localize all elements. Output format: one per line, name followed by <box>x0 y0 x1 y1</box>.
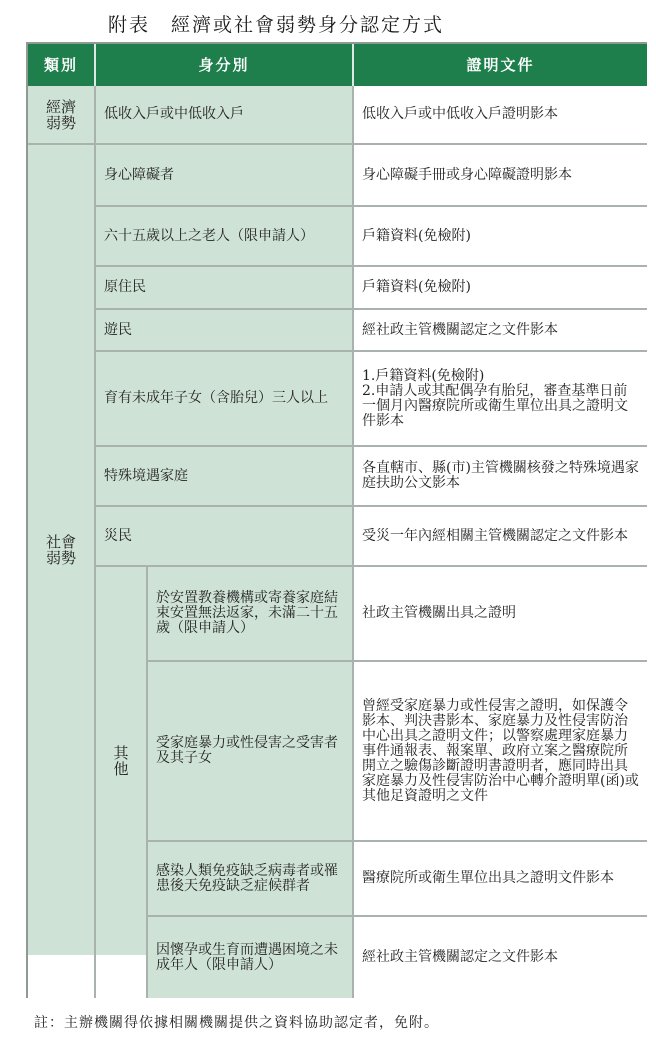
identity-cell: 身心障礙者 <box>96 145 354 207</box>
footnote: 註：主辦機關得依據相關機關提供之資料協助認定者，免附。 <box>34 1012 439 1032</box>
header-identity: 身分別 <box>96 44 354 86</box>
identity-cell: 遊民 <box>96 310 354 352</box>
document-cell: 受災一年內經相關主管機關認定之文件影本 <box>354 507 647 567</box>
document-cell: 社政主管機關出具之證明 <box>354 567 647 662</box>
document-cell: 1.戶籍資料(免檢附) 2.申請人或其配偶孕有胎兒，審查基準日前一個月內醫療院所… <box>354 352 647 447</box>
identity-cell: 低收入戶或中低收入戶 <box>96 86 354 145</box>
document-cell: 經社政主管機關認定之文件影本 <box>354 917 647 998</box>
document-cell: 曾經受家庭暴力或性侵害之證明，如保護令影本、判決書影本、家庭暴力及性侵害防治中心… <box>354 662 647 842</box>
identity-cell: 因懷孕或生育而遭遇困境之未成年人（限申請人） <box>148 917 354 998</box>
identity-cell: 災民 <box>96 507 354 567</box>
other-blank-footer <box>96 955 148 998</box>
header-category: 類別 <box>28 44 96 86</box>
header-document: 證明文件 <box>354 44 647 86</box>
document-cell: 低收入戶或中低收入戶證明影本 <box>354 86 647 145</box>
category-social: 社會 弱勢 <box>28 145 96 955</box>
category-blank-footer <box>28 955 96 998</box>
document-cell: 身心障礙手冊或身心障礙證明影本 <box>354 145 647 207</box>
document-cell: 醫療院所或衛生單位出具之證明文件影本 <box>354 842 647 917</box>
identity-cell: 原住民 <box>96 267 354 310</box>
page-title: 附表 經濟或社會弱勢身分認定方式 <box>108 10 444 37</box>
document-cell: 戶籍資料(免檢附) <box>354 207 647 267</box>
identity-cell: 感染人類免疫缺乏病毒者或罹患後天免疫缺乏症候群者 <box>148 842 354 917</box>
identity-cell: 特殊境遇家庭 <box>96 447 354 507</box>
category-economic: 經濟 弱勢 <box>28 86 96 145</box>
document-cell: 經社政主管機關認定之文件影本 <box>354 310 647 352</box>
identity-cell: 育有未成年子女（含胎兒）三人以上 <box>96 352 354 447</box>
identity-cell: 於安置教養機構或寄養家庭結束安置無法返家，未滿二十五歲（限申請人） <box>148 567 354 662</box>
document-cell: 各直轄市、縣(市)主管機關核發之特殊境遇家庭扶助公文影本 <box>354 447 647 507</box>
identity-table: 類別 身分別 證明文件 經濟 弱勢 社會 弱勢 其 他 低收入戶或中低收入戶 低… <box>26 42 647 998</box>
identity-cell: 受家庭暴力或性侵害之受害者及其子女 <box>148 662 354 842</box>
category-other: 其 他 <box>96 567 148 955</box>
document-cell: 戶籍資料(免檢附) <box>354 267 647 310</box>
identity-cell: 六十五歲以上之老人（限申請人） <box>96 207 354 267</box>
